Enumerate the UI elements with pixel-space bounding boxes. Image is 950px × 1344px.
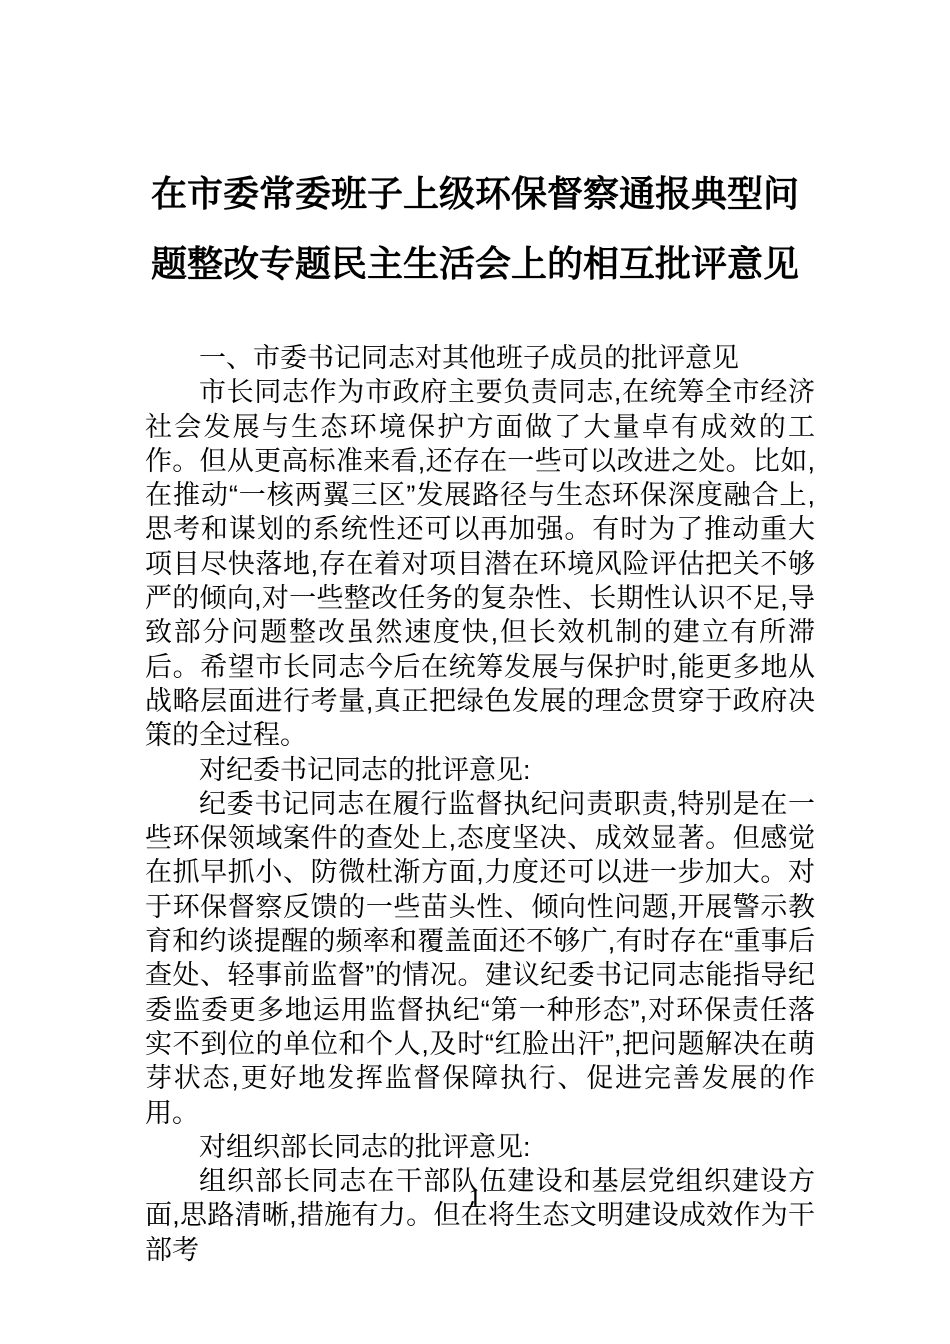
document-title: 在市委常委班子上级环保督察通报典型问题整改专题民主生活会上的相互批评意见 xyxy=(135,159,815,299)
paragraph-mayor-criticism: 市长同志作为市政府主要负责同志,在统筹全市经济社会发展与生态环境保护方面做了大量… xyxy=(145,375,815,752)
paragraph-discipline-secretary-criticism: 纪委书记同志在履行监督执纪问责职责,特别是在一些环保领域案件的查处上,态度坚决、… xyxy=(145,787,815,1130)
document-page: 在市委常委班子上级环保督察通报典型问题整改专题民主生活会上的相互批评意见 一、市… xyxy=(0,0,950,1344)
sub-heading-discipline-secretary: 对纪委书记同志的批评意见: xyxy=(145,753,815,787)
paragraph-organization-minister-criticism: 组织部长同志在干部队伍建设和基层党组织建设方面,思路清晰,措施有力。但在将生态文… xyxy=(145,1164,815,1267)
document-body: 一、市委书记同志对其他班子成员的批评意见 市长同志作为市政府主要负责同志,在统筹… xyxy=(145,341,815,1267)
sub-heading-organization-minister: 对组织部长同志的批评意见: xyxy=(145,1130,815,1164)
page-number: 1 xyxy=(0,1183,950,1213)
section-heading: 一、市委书记同志对其他班子成员的批评意见 xyxy=(145,341,815,375)
